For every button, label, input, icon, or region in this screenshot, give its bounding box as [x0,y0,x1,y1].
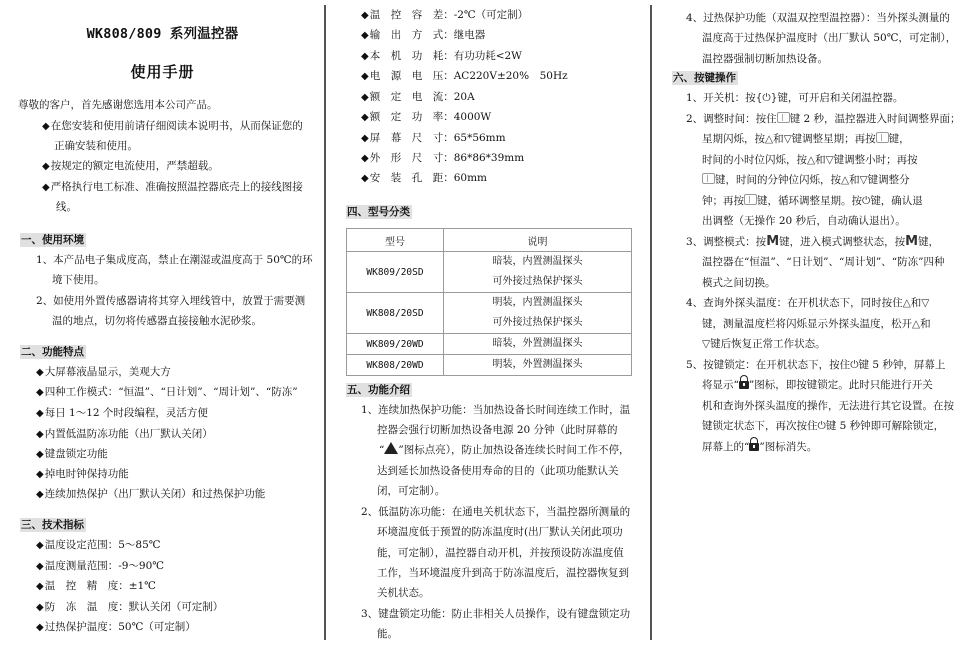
description-cell: 暗装，内置测温探头可外接过热保护探头 [444,252,632,293]
spec-item: ◆安 装 孔 距：60mm [361,168,487,189]
spec-item: ◆额 定 电 流：20A [361,87,475,108]
bullet-diamond-icon: ◆ [36,489,44,500]
bullet-diamond-icon: ◆ [361,71,369,82]
feature-item: ◆掉电时钟保持功能 [36,464,129,485]
up-key-icon: △ [903,293,911,313]
section-heading-environment: 一、使用环境 [20,233,86,247]
key-op-line: 键，测量温度栏将闪烁显示外探头温度，松开△和 [702,314,931,334]
key-op-line: 4、查询外探头温度：在开机状态下，同时按住△和▽ [686,293,929,313]
heating-warning-icon [384,442,398,454]
model-cell: WK808/20WD [347,355,444,376]
down-key-icon: ▽ [702,334,710,354]
function-line: 环境温度低于预置的防冻温度时(出厂默认关闭此项功 [377,522,623,542]
mode-key-icon: M [766,232,779,252]
bullet-diamond-icon: ◆ [36,561,44,572]
function-line: 控器会强行切断加热设备电源 20 分钟（此时屏幕的 [377,420,618,440]
section-heading-key-operation: 六、按键操作 [672,71,738,85]
bullet-diamond-icon: ◆ [36,469,44,480]
table-row: WK808/20WD 明装，外置测温探头 [347,355,632,376]
function-line: 2、低温防冻功能：在通电关机状态下，当温控器所测量的 [361,502,630,522]
down-key-icon: ▽ [860,170,868,190]
intro-bullet-3-cont: 线。 [56,197,77,217]
function-line: 3、键盘锁定功能：防止非相关人员操作，设有键盘锁定功 [361,604,630,624]
intro-greeting: 尊敬的客户，首先感谢您选用本公司产品。 [18,95,218,115]
intro-bullet-2: ◆按规定的额定电流使用，严禁超载。 [42,156,219,177]
menu-key-icon [876,132,889,143]
bullet-diamond-icon: ◆ [36,602,44,613]
description-cell: 明装，外置测温探头 [444,355,632,376]
key-op-line: 机和查询外探头温度的操作，无法进行其它设置。在按 [702,396,954,416]
bullet-diamond-icon: ◆ [36,581,44,592]
function-line: 能，可定制），温控器自动开机，并按预设防冻温度值 [377,543,624,563]
key-op-line: 1、开关机：按{⏻}键，可开启和关闭温控器。 [686,88,903,108]
key-op-line: 5、按键锁定：在开机状态下，按住⏻键 5 秒钟，屏幕上 [686,355,945,375]
feature-item: ◆四种工作模式：“恒温”、“日计划”、“周计划”、“防冻” [36,382,298,403]
description-cell: 明装，内置测温探头可外接过热保护探头 [444,293,632,334]
model-cell: WK808/20SD [347,293,444,334]
function-line: 工作，当环境温度升到高于防冻温度后，温控器恢复到 [377,563,629,583]
section-heading-models: 四、型号分类 [346,205,412,219]
function-line: 温控器强制切断加热设备。 [702,49,828,69]
lock-icon [739,381,749,389]
function-line: “”图标点亮），防止加热设备连续长时间工作不停， [379,440,630,460]
down-key-icon: ▽ [784,129,792,149]
function-line: 1、连续加热保护功能：当加热设备长时间连续工作时，温 [361,400,630,420]
bullet-diamond-icon: ◆ [42,161,50,172]
bullet-diamond-icon: ◆ [361,112,369,123]
spec-item: ◆屏 幕 尺 寸：65*56mm [361,128,506,149]
table-header-row: 型号 说明 [347,229,632,252]
function-line: 4、过热保护功能（双温双控型温控器）：当外探头测量的 [686,8,950,28]
function-line: 关机状态。 [377,583,430,603]
down-key-icon: ▽ [826,150,834,170]
section-heading-functions: 五、功能介绍 [346,383,412,397]
model-cell: WK809/20WD [347,334,444,355]
section-heading-features: 二、功能特点 [20,345,86,359]
spec-item: ◆温度测量范围：-9～90℃ [36,556,164,577]
key-op-line: 星期闪烁，按△和▽键调整星期；再按键， [702,129,910,149]
spec-item: ◆电 源 电 压：AC220V±20% 50Hz [361,66,568,87]
power-key-icon: ⏻ [762,88,770,108]
feature-item: ◆键盘锁定功能 [36,444,108,465]
function-line: 温度高于过热保护温度时（出厂默认 50℃，可定制）， [702,28,956,48]
column-divider-right [650,5,652,640]
table-row: WK808/20SD 明装，内置测温探头可外接过热保护探头 [347,293,632,334]
table-row: WK809/20WD 暗装，外置测温探头 [347,334,632,355]
key-op-line: 钟；再按键，循环调整星期。按⏻键，确认退 [702,191,923,211]
function-line: 闭，可定制）。 [377,481,445,501]
spec-item: ◆本 机 功 耗：有功功耗<2W [361,46,522,67]
env-item-1-cont: 境下使用。 [52,270,105,290]
key-op-line: 3、调整模式：按M键，进入模式调整状态，按M键， [686,232,939,252]
bullet-diamond-icon: ◆ [361,51,369,62]
feature-item: ◆大屏幕液晶显示，美观大方 [36,362,171,383]
bullet-diamond-icon: ◆ [361,153,369,164]
table-header-model: 型号 [347,229,444,252]
lock-icon [749,443,759,451]
bullet-diamond-icon: ◆ [361,92,369,103]
model-table: 型号 说明 WK809/20SD 暗装，内置测温探头可外接过热保护探头 WK80… [346,228,632,376]
power-key-icon: ⏻ [850,355,858,375]
bullet-diamond-icon: ◆ [361,173,369,184]
bullet-diamond-icon: ◆ [361,10,369,21]
spec-item: ◆温度设定范围：5～85℃ [36,535,161,556]
up-key-icon: △ [765,129,773,149]
power-key-icon: ⏻ [818,416,826,436]
feature-item: ◆连续加热保护（出厂默认关闭）和过热保护功能 [36,484,265,505]
feature-item: ◆内置低温防冻功能（出厂默认关闭） [36,424,213,445]
key-op-line: 屏幕上的“”图标消失。 [702,437,817,457]
bullet-diamond-icon: ◆ [361,133,369,144]
bullet-diamond-icon: ◆ [36,408,44,419]
key-op-line: 时间的小时位闪烁，按△和▽键调整小时；再按 [702,150,918,170]
key-op-line: 将显示“”图标，即按键锁定。此时只能进行开关 [702,375,933,395]
key-op-line: 出调整（无操作 20 秒后，自动确认退出）。 [702,211,906,231]
key-op-line: 模式之间切换。 [702,273,776,293]
key-op-line: 温控器在“恒温”、“日计划”、“周计划”、“防冻”四种 [702,252,944,272]
bullet-diamond-icon: ◆ [42,182,50,193]
document-title: WK808/809 系列温控器 [0,22,325,42]
bullet-diamond-icon: ◆ [36,622,44,633]
bullet-diamond-icon: ◆ [36,449,44,460]
column-divider-left [324,5,326,640]
table-header-description: 说明 [444,229,632,252]
description-cell: 暗装，外置测温探头 [444,334,632,355]
down-key-icon: ▽ [921,293,929,313]
document-subtitle: 使用手册 [0,61,325,82]
spec-item: ◆额 定 功 率：4000W [361,107,491,128]
intro-bullet-1-cont: 正确安装和使用。 [54,136,138,156]
bullet-diamond-icon: ◆ [361,30,369,41]
menu-key-icon [744,194,757,205]
bullet-diamond-icon: ◆ [36,540,44,551]
bullet-diamond-icon: ◆ [36,367,44,378]
menu-key-icon [777,112,790,123]
spec-item: ◆过热保护温度：50℃（可定制） [36,617,196,638]
bullet-diamond-icon: ◆ [42,121,50,132]
spec-item: ◆温 控 精 度：±1℃ [36,576,156,597]
feature-item: ◆每日 1～12 个时段编程，灵活方便 [36,403,208,424]
spec-item: ◆输 出 方 式：继电器 [361,25,485,46]
table-row: WK809/20SD 暗装，内置测温探头可外接过热保护探头 [347,252,632,293]
model-cell: WK809/20SD [347,252,444,293]
up-key-icon: △ [912,314,920,334]
function-line: 能。 [377,624,398,644]
bullet-diamond-icon: ◆ [36,429,44,440]
env-item-2: 2、如使用外置传感器请将其穿入埋线管中，放置于需要测 [36,291,305,311]
key-op-line: 键，时间的分钟位闪烁，按△和▽键调整分 [702,170,910,190]
bullet-diamond-icon: ◆ [36,387,44,398]
spec-item: ◆温 控 容 差：-2℃（可定制） [361,5,528,26]
spec-item: ◆防 冻 温 度：默认关闭（可定制） [36,597,223,618]
menu-key-icon [702,173,715,184]
intro-bullet-3: ◆严格执行电工标准、准确按照温控器底壳上的接线图接 [42,177,303,198]
spec-item: ◆外 形 尺 寸：86*86*39mm [361,148,524,169]
key-op-line: ▽键后恢复正常工作状态。 [702,334,826,354]
env-item-2-cont: 温的地点，切勿将传感器直接接触水泥砂浆。 [52,311,262,331]
intro-bullet-1: ◆在您安装和使用前请仔细阅读本说明书，从而保证您的 [42,116,303,137]
key-op-line: 键锁定状态下，再次按住⏻键 5 秒钟即可解除锁定， [702,416,944,436]
mode-key-icon: M [905,232,918,252]
section-heading-specs: 三、技术指标 [20,518,86,532]
key-op-line: 2、调整时间：按住键 2 秒，温控器进入时间调整界面； [686,109,961,129]
up-key-icon: △ [841,170,849,190]
up-key-icon: △ [807,150,815,170]
env-item-1: 1、本产品电子集成度高，禁止在潮湿或温度高于 50℃的环 [36,250,313,270]
function-line: 达到延长加热设备使用寿命的目的（此项功能默认关 [377,461,619,481]
